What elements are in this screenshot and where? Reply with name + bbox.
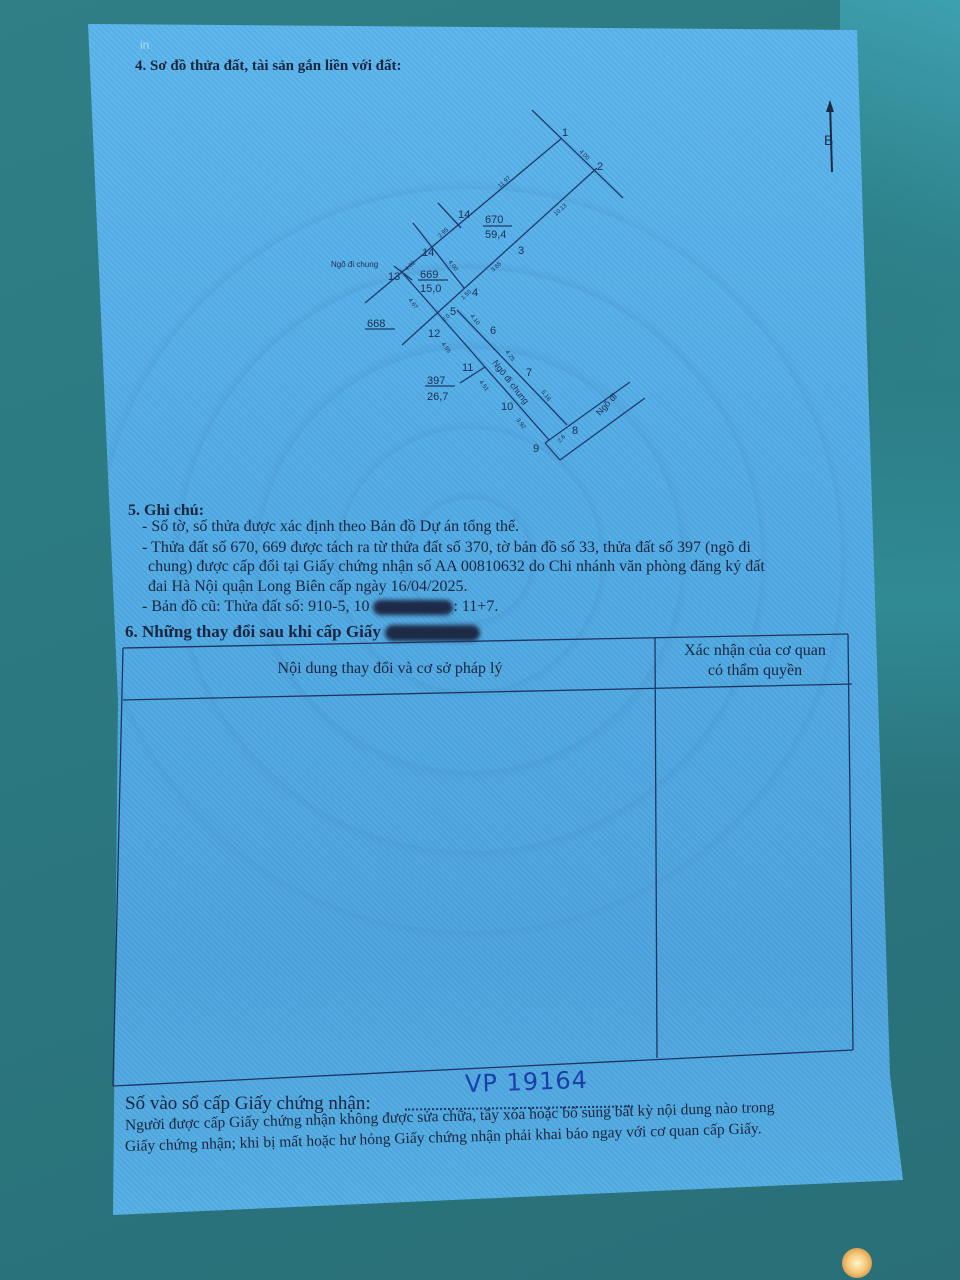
register-number-handwritten: VP 19164 <box>465 1066 589 1098</box>
document-content: in 4. Sơ đồ thửa đất, tài sản gắn liền v… <box>0 0 960 1280</box>
column-header-line: Xác nhận của cơ quan <box>660 641 850 661</box>
column-header-content: Nội dung thay đổi và cơ sở pháp lý <box>240 660 540 678</box>
column-header-line: có thẩm quyền <box>660 661 850 681</box>
column-header-confirmation: Xác nhận của cơ quan có thẩm quyền <box>660 641 850 681</box>
